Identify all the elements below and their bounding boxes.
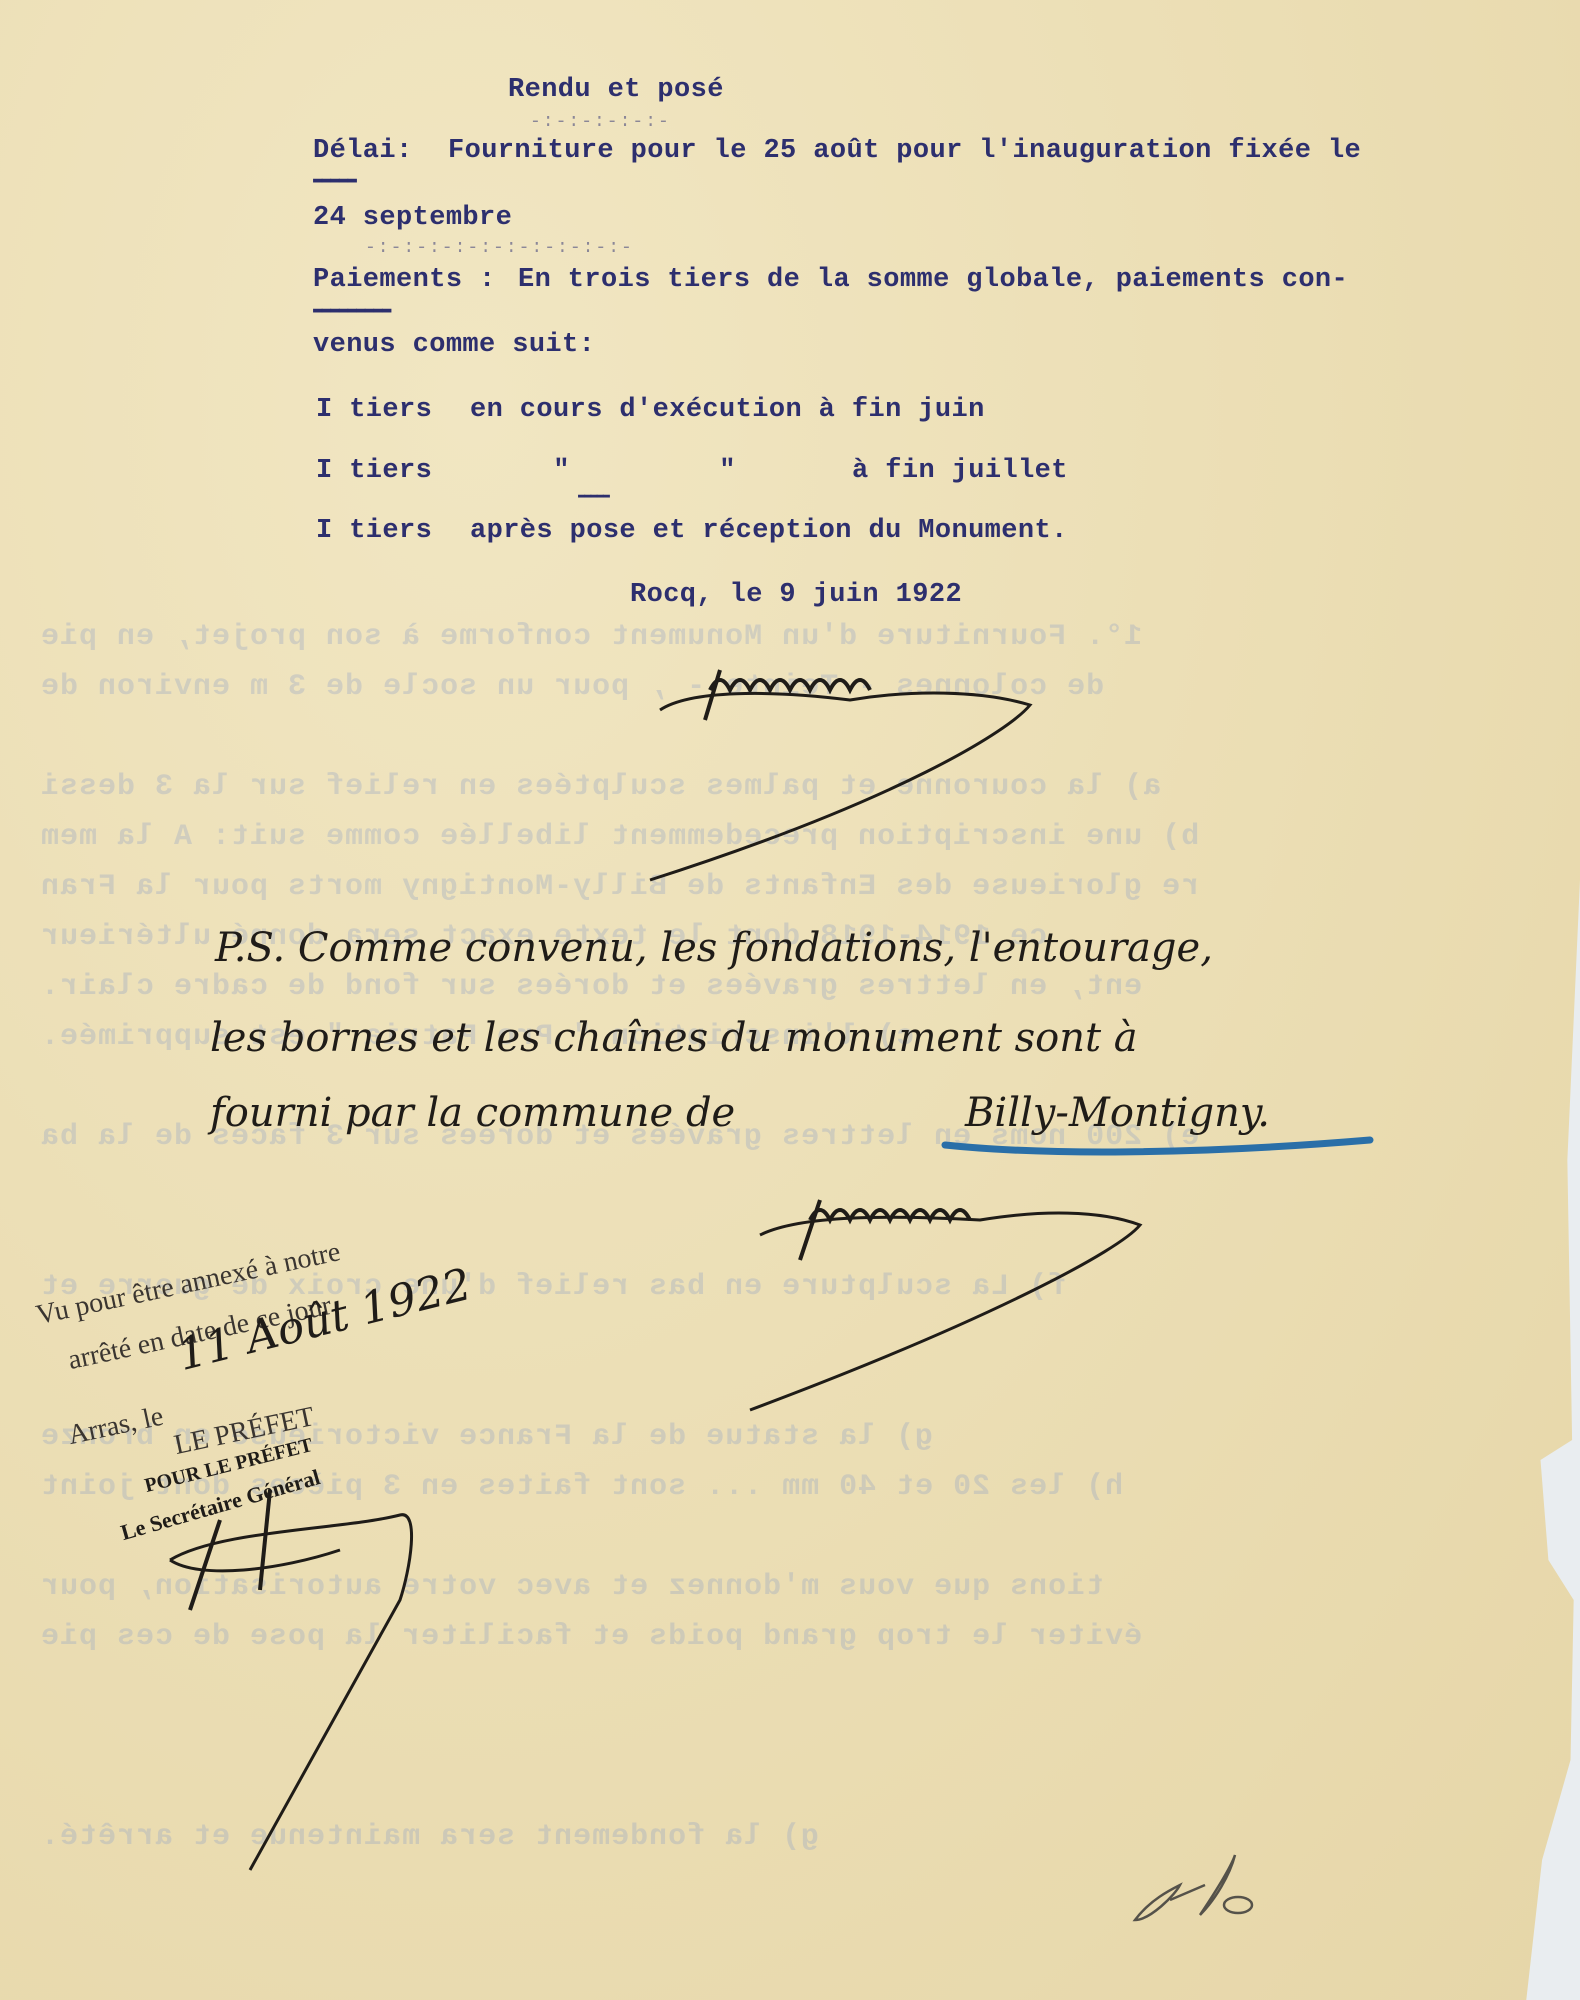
paiements-underline: ▬▬▬▬▬▬▬▬▬: [313, 300, 390, 318]
postscript-line-2: les bornes et les chaînes du monument so…: [210, 1015, 1138, 1061]
postscript-line-3: fourni par la commune de: [210, 1090, 735, 1136]
paiements-text: En trois tiers de la somme globale, paie…: [518, 265, 1348, 295]
delai-underline: ▬▬▬▬▬: [313, 170, 356, 188]
rendu-pose-heading: Rendu et posé: [508, 75, 724, 105]
place-date: Rocq, le 9 juin 1922: [630, 580, 962, 610]
payment-2-underline: ▬▬▬▬▬: [578, 488, 609, 502]
payment-3-label: I tiers: [316, 516, 432, 546]
pencil-initials-icon: [1130, 1850, 1260, 1930]
bleed-through-text: 1°. Fourniture d'un Monument conforme à …: [40, 620, 1142, 654]
payment-1-text: en cours d'exécution à fin juin: [470, 395, 985, 425]
bleed-through-text: ent, en lettres gravées et dorées sur fo…: [40, 970, 1142, 1004]
signature-icon: [650, 660, 1050, 880]
prefect-signature-icon: [160, 1490, 420, 1870]
delai-date: 24 septembre: [313, 203, 512, 233]
blue-pencil-underline: [940, 1130, 1380, 1160]
paiements-cont: venus comme suit:: [313, 330, 595, 360]
payment-3-text: après pose et réception du Monument.: [470, 516, 1068, 546]
delai-label: Délai:: [313, 136, 413, 166]
signature-icon: [740, 1190, 1160, 1410]
paiements-label: Paiements :: [313, 265, 496, 295]
bleed-through-text: g) la fondement sera maintenue et arrêté…: [40, 1820, 819, 1854]
postscript-line-1: P.S. Comme convenu, les fondations, l'en…: [215, 925, 1213, 971]
separator-dots: -:-:-:-:-:-:-:-:-:-:-: [365, 238, 634, 258]
separator-dots: -:-:-:-:-:-: [530, 112, 671, 132]
payment-1-label: I tiers: [316, 395, 432, 425]
payment-2-label: I tiers: [316, 456, 432, 486]
delai-text: Fourniture pour le 25 août pour l'inaugu…: [448, 136, 1361, 166]
payment-2-text: " " à fin juillet: [520, 456, 1068, 486]
